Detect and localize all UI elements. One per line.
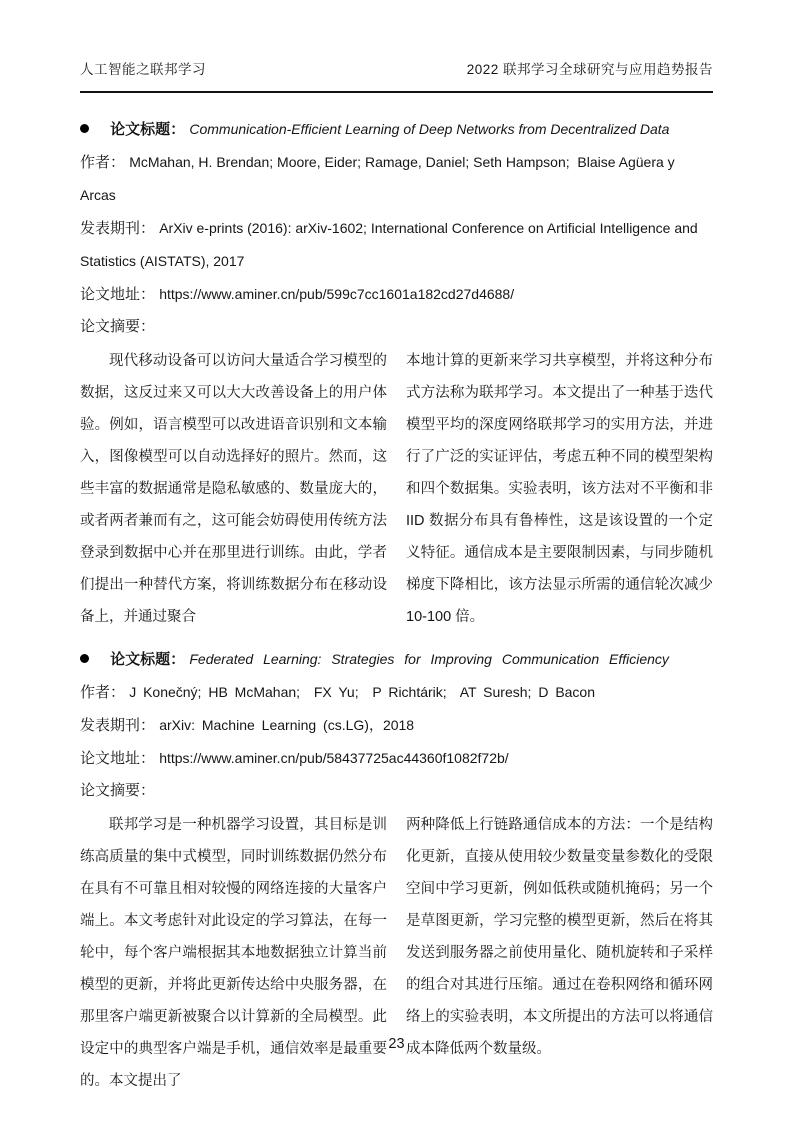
paper-2-url: https://www.aminer.cn/pub/58437725ac4436… bbox=[159, 750, 508, 766]
paper-2-title: Federated Learning: Strategies for Impro… bbox=[189, 651, 669, 667]
paper-1-url-line: 论文地址： https://www.aminer.cn/pub/599c7cc1… bbox=[80, 278, 713, 311]
paper-1-url: https://www.aminer.cn/pub/599c7cc1601a18… bbox=[159, 286, 514, 302]
journal-label: 发表期刊： bbox=[80, 220, 155, 237]
paper-2-title-line: 论文标题： Federated Learning: Strategies for… bbox=[80, 643, 713, 676]
paper-2-journal: arXiv: Machine Learning (cs.LG)，2018 bbox=[159, 717, 414, 733]
paper-2-journal-line: 发表期刊： arXiv: Machine Learning (cs.LG)，20… bbox=[80, 709, 713, 742]
bullet-icon bbox=[80, 654, 89, 663]
document-page: 人工智能之联邦学习 2022 联邦学习全球研究与应用趋势报告 论文标题： Com… bbox=[0, 0, 793, 1122]
page-number: 23 bbox=[0, 1036, 793, 1052]
paper-2-url-line: 论文地址： https://www.aminer.cn/pub/58437725… bbox=[80, 742, 713, 775]
header-right-title: 2022 联邦学习全球研究与应用趋势报告 bbox=[467, 58, 713, 78]
paper-2-abstract-left-column: 联邦学习是一种机器学习设置，其目标是训练高质量的集中式模型，同时训练数据仍然分布… bbox=[80, 809, 387, 1097]
header-left-title: 人工智能之联邦学习 bbox=[80, 58, 206, 78]
paper-1-abstract-right-column: 本地计算的更新来学习共享模型，并将这种分布式方法称为联邦学习。本文提出了一种基于… bbox=[406, 345, 713, 633]
paper-1-title-line: 论文标题： Communication-Efficient Learning o… bbox=[80, 113, 713, 146]
paper-2-authors-line: 作者： J Konečný; HB McMahan; FX Yu; P Rich… bbox=[80, 676, 713, 709]
bullet-icon bbox=[80, 124, 89, 133]
paper-2-authors: J Konečný; HB McMahan; FX Yu; P Richtári… bbox=[129, 684, 595, 700]
url-label: 论文地址： bbox=[80, 750, 155, 767]
paper-2-abstract: 联邦学习是一种机器学习设置，其目标是训练高质量的集中式模型，同时训练数据仍然分布… bbox=[80, 809, 713, 1097]
authors-label: 作者： bbox=[80, 154, 125, 171]
authors-label: 作者： bbox=[80, 684, 125, 701]
paper-1-authors-line: 作者： McMahan, H. Brendan; Moore, Eider; R… bbox=[80, 146, 713, 212]
paper-entry-2: 论文标题： Federated Learning: Strategies for… bbox=[80, 643, 713, 1097]
paper-1-journal: ArXiv e-prints (2016): arXiv-1602; Inter… bbox=[80, 220, 702, 269]
paper-title-label: 论文标题： bbox=[110, 121, 185, 138]
paper-1-abstract-label: 论文摘要： bbox=[80, 311, 713, 343]
url-label: 论文地址： bbox=[80, 286, 155, 303]
page-header: 人工智能之联邦学习 2022 联邦学习全球研究与应用趋势报告 bbox=[80, 58, 713, 93]
paper-1-abstract-left-column: 现代移动设备可以访问大量适合学习模型的数据，这反过来又可以大大改善设备上的用户体… bbox=[80, 345, 387, 633]
paper-entry-1: 论文标题： Communication-Efficient Learning o… bbox=[80, 113, 713, 633]
paper-title-label: 论文标题： bbox=[110, 651, 185, 668]
paper-2-abstract-right-column: 两种降低上行链路通信成本的方法：一个是结构化更新，直接从使用较少数量变量参数化的… bbox=[406, 809, 713, 1097]
paper-2-abstract-label: 论文摘要： bbox=[80, 775, 713, 807]
paper-1-journal-line: 发表期刊： ArXiv e-prints (2016): arXiv-1602;… bbox=[80, 212, 713, 278]
paper-1-abstract: 现代移动设备可以访问大量适合学习模型的数据，这反过来又可以大大改善设备上的用户体… bbox=[80, 345, 713, 633]
paper-1-title: Communication-Efficient Learning of Deep… bbox=[189, 121, 669, 137]
paper-1-authors: McMahan, H. Brendan; Moore, Eider; Ramag… bbox=[80, 154, 678, 203]
journal-label: 发表期刊： bbox=[80, 717, 155, 734]
